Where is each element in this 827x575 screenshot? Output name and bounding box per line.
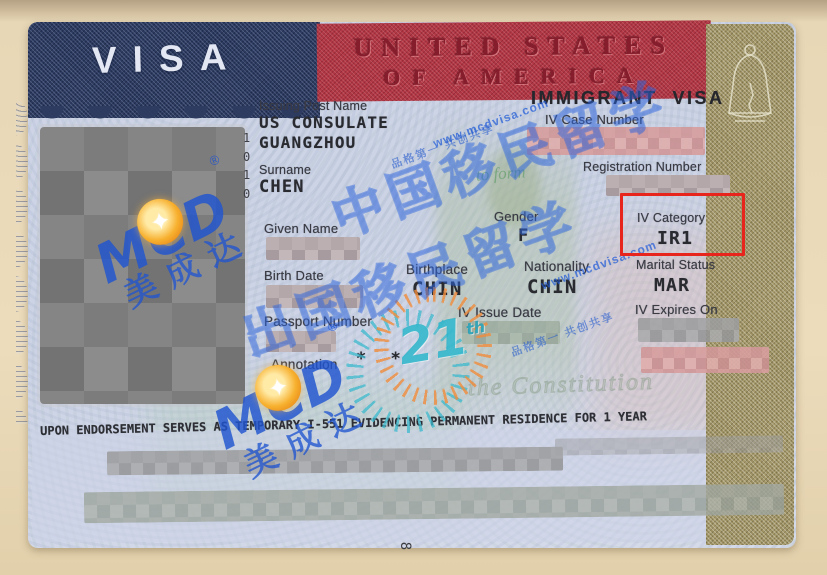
country-name-line1: UNITED STATES	[354, 31, 675, 64]
guilloche-border	[16, 96, 41, 426]
issuing-post-value-line1: US CONSULATE	[259, 113, 389, 132]
anniversary-badge: 21th	[368, 293, 503, 403]
four-point-star-icon: ✦	[265, 372, 290, 404]
four-point-star-icon: ✦	[147, 206, 172, 238]
control-digit: 0	[243, 148, 250, 167]
iv-category-highlight-box	[620, 193, 745, 256]
marital-status-value: MAR	[654, 275, 690, 296]
control-digit: 1	[243, 129, 250, 148]
registration-number-label: Registration Number	[583, 160, 701, 174]
given-name-label: Given Name	[264, 221, 338, 236]
birth-date-redaction	[266, 285, 363, 308]
control-digit: 1	[243, 166, 250, 185]
registered-trademark-icon: ®	[207, 151, 222, 169]
mrz-redaction-strip	[555, 435, 783, 455]
birthplace-label: Birthplace	[406, 262, 468, 277]
gender-label: Gender	[494, 209, 539, 224]
given-name-redaction	[266, 237, 360, 260]
visa-type-title: IMMIGRANT VISA	[531, 88, 725, 109]
control-digits: 1 0 1 0	[243, 129, 250, 203]
visa-wordmark: VISA	[91, 36, 242, 82]
badge-number-text: 21	[394, 307, 473, 376]
issuing-post-value-line2: GUANGZHOU	[259, 133, 357, 152]
issuing-post-label: Issuing Post Name	[259, 99, 367, 113]
liberty-bell-icon	[722, 38, 778, 144]
surname-label: Surname	[259, 163, 311, 177]
page-number-digit: 8	[397, 542, 413, 550]
nationality-label: Nationality	[524, 259, 589, 274]
surname-value: CHEN	[259, 177, 305, 197]
iv-case-number-label: IV Case Number	[545, 112, 644, 127]
iv-case-number-redaction	[527, 127, 705, 155]
registered-trademark-icon: ®	[325, 317, 340, 335]
gender-value: F	[518, 226, 529, 246]
stamp-redaction	[641, 347, 769, 373]
iv-expires-on-label: IV Expires On	[635, 302, 718, 317]
country-name-line2: OF AMERICA	[383, 63, 645, 91]
badge-suffix: th	[464, 317, 486, 339]
marital-status-label: Marital Status	[636, 258, 715, 272]
background-text-to-form: to form	[475, 162, 526, 185]
iv-expires-on-redaction	[638, 318, 739, 342]
nationality-value: CHIN	[527, 276, 578, 298]
scanned-visa-page: VISA UNITED STATES OF AMERICA 1 0 1 0 Is…	[0, 0, 827, 575]
